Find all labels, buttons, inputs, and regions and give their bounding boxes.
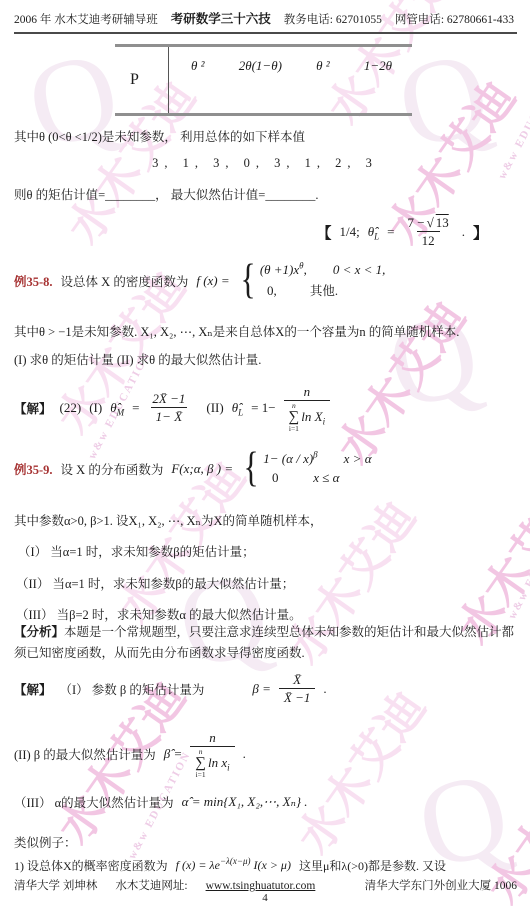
row-label-p: P <box>130 71 139 89</box>
case2-condition: x ≤ α <box>313 470 339 486</box>
footer-site-link[interactable]: www.tsinghuatutor.com <box>206 880 316 892</box>
analysis-line-2: 须已知密度函数，从而先由分布函数求导得密度函数. <box>14 643 305 661</box>
density-function-lhs: f (x) = <box>196 273 229 289</box>
case2-expression: 0 <box>263 470 287 486</box>
case1-expression: 1− (α / x)β <box>263 451 317 467</box>
example-35-9-solution-3: （III） α的最大似然估计量为 α̂ = min{X₁, X₂,⋯, Xₙ} … <box>14 793 308 811</box>
header-phone-academic: 教务电话: 62701055 <box>284 11 382 27</box>
similar-intro: 1) 设总体X的概率密度函数为 <box>14 857 168 874</box>
footer-author: 清华大学 刘坤林 <box>14 877 97 893</box>
page-number: 4 <box>0 892 530 904</box>
header-phone-admin: 网管电话: 62780661-433 <box>395 11 514 27</box>
page-footer: 清华大学 刘坤林 水木艾迪网址: www.tsinghuatutor.com 清… <box>14 877 517 893</box>
beta-hat-equals: β̂ = <box>164 746 183 762</box>
question-1: （I） 当α=1 时，求未知参数β的矩估计量； <box>18 542 255 560</box>
summation-icon: n ∑ i=1 <box>289 402 300 432</box>
answer-fraction: 7 −√13 12 <box>403 215 454 250</box>
footer-address: 清华大学东门外创业大厦 1006 <box>365 877 517 893</box>
watermark-q-logo-icon: Q <box>17 31 130 168</box>
table-cell: 2θ(1−θ) <box>239 58 282 113</box>
example-35-8-label: 例35-8. <box>14 272 53 290</box>
numerator-left: 7 − <box>408 215 425 231</box>
summation-icon: n ∑ i=1 <box>195 748 206 778</box>
example-35-8-params-line: 其中θ > −1是未知参数. X₁, X₂, ⋯, Xₙ是来自总体X的一个容量为… <box>14 322 459 340</box>
watermark-brand-text: 水木艾迪 <box>330 294 473 471</box>
part-2-label: (II) <box>206 400 223 416</box>
answer-moment-value: 1/4; <box>340 224 360 240</box>
example-35-9-solution-2: (II) β 的最大似然估计量为 β̂ = n n ∑ i=1 ln xi . <box>14 730 246 778</box>
answer-close-bracket: 】 <box>473 222 488 243</box>
example-35-9-label: 例35-9. <box>14 460 53 478</box>
solution-3-text: （III） α的最大似然估计量为 <box>14 793 174 811</box>
example-35-8-intro: 设总体 X 的密度函数为 <box>61 272 189 290</box>
theta-hat-M: θ̂M <box>110 400 124 416</box>
table-row-label: P <box>115 47 169 113</box>
log-term: ln xi <box>208 755 230 771</box>
cdf-lhs: F(x;α, β ) = <box>171 461 233 477</box>
part-1-label: (I) <box>89 400 102 416</box>
sample-values-line: 3, 1, 3, 0, 3, 1, 2, 3 <box>0 156 530 171</box>
radical-icon: √ <box>427 215 434 231</box>
similar-examples-heading: 类似例子： <box>14 833 77 851</box>
table-cell: θ ² <box>316 58 330 113</box>
fill-blank-line: 则θ 的矩估计值=________， 最大似然估计值=________. <box>14 185 318 203</box>
analysis-tag: 【分析】 <box>14 625 64 639</box>
beta-equals: β = <box>252 681 271 697</box>
left-brace-icon: { <box>240 262 255 300</box>
exp-density-formula: f (x) = λe−λ(x−μ)I(x > μ) <box>176 858 291 873</box>
case1-expression: (θ +1)xθ, <box>260 262 307 278</box>
answer-open-bracket: 【 <box>317 222 332 243</box>
page-header: 2006 年 水木艾迪考研辅导班 考研数学三十六技 教务电话: 62701055… <box>14 9 517 27</box>
piecewise-cdf: { 1− (α / x)β x > α 0 x ≤ α <box>241 450 371 488</box>
beta-moment-fraction: X̄ X̄ −1 <box>279 672 315 707</box>
watermark-edu-text: w&w EDUCATION <box>507 510 530 621</box>
solution-2-text: (II) β 的最大似然估计量为 <box>14 745 156 763</box>
example-35-8-solution: 【解】 (22) (I) θ̂M = 2X̄ −1 1− X̄ (II) θ̂L… <box>14 384 330 432</box>
example-35-8-statement: 例35-8. 设总体 X 的密度函数为 f (x) = { (θ +1)xθ, … <box>14 262 385 300</box>
equals-sign: = <box>132 400 139 416</box>
example-35-9-statement: 例35-9. 设 X 的分布函数为 F(x;α, β ) = { 1− (α /… <box>14 450 372 488</box>
piecewise-density: { (θ +1)xθ, 0 < x < 1, 0, 其他. <box>238 262 386 300</box>
equals-sign: = <box>387 224 394 240</box>
denominator: 12 <box>422 233 435 249</box>
radicand: 13 <box>436 215 449 231</box>
theta-hat-L: θ̂L <box>368 224 379 240</box>
problem-condition-line: 其中θ (0<θ <1/2)是未知参数， 利用总体的如下样本值 <box>14 127 305 145</box>
footer-site-label: 水木艾迪网址: <box>115 877 187 893</box>
solution-tag: 【解】 <box>14 399 52 417</box>
example-35-8-questions-line: (I) 求θ 的矩估计量 (II) 求θ 的最大似然估计量. <box>14 350 261 368</box>
header-course-year: 2006 年 水木艾迪考研辅导班 <box>14 11 158 27</box>
watermark-brand-text: 水木艾迪 <box>290 684 433 861</box>
case1-condition: x > α <box>344 451 372 467</box>
case1-condition: 0 < x < 1, <box>333 262 386 278</box>
header-divider <box>14 32 517 34</box>
table-values-row: θ ² 2θ(1−θ) θ ² 1−2θ <box>169 47 412 113</box>
left-brace-icon: { <box>244 450 259 488</box>
mle-fraction: n n ∑ i=1 ln Xi <box>284 384 331 432</box>
question-2: （II） 当α=1 时，求未知参数β的最大似然估计量； <box>16 574 294 592</box>
example-35-9-params-line: 其中参数α>0, β>1. 设X₁, X₂, ⋯, Xₙ为X的简单随机样本， <box>14 511 323 529</box>
alpha-mle-expression: α̂ = min{X₁, X₂,⋯, Xₙ} . <box>182 794 308 810</box>
equals-one-minus: = 1− <box>251 400 275 416</box>
document-page: Q Q Q Q Q 水木艾迪 水木艾迪 水木艾迪 水木艾迪 水木艾迪 水木艾迪 … <box>0 0 530 908</box>
theta-hat-L: θ̂L <box>232 400 243 416</box>
example-35-9-intro: 设 X 的分布函数为 <box>61 460 164 478</box>
moment-estimator-fraction: 2X̄ −1 1− X̄ <box>147 391 190 426</box>
table-cell: θ ² <box>191 58 205 113</box>
question-3: （III） 当β=2 时，求未知参数α 的最大似然估计量。 <box>16 605 302 623</box>
solution-tag: 【解】 <box>14 680 52 698</box>
header-course-title: 考研数学三十六技 <box>171 9 271 27</box>
similar-params-note: 这里μ和λ(>0)都是参数. 又设 <box>299 857 446 874</box>
log-term: ln Xi <box>301 409 325 425</box>
beta-mle-fraction: n n ∑ i=1 ln xi <box>190 730 234 778</box>
watermark-q-logo-icon: Q <box>377 291 490 428</box>
table-cell: 1−2θ <box>364 58 392 113</box>
solution-number: (22) <box>60 400 82 416</box>
probability-table: P θ ² 2θ(1−θ) θ ² 1−2θ <box>115 44 412 116</box>
similar-example-1: 1) 设总体X的概率密度函数为 f (x) = λe−λ(x−μ)I(x > μ… <box>14 857 446 874</box>
analysis-line-1: 【分析】本题是一个常规题型，只要注意求连续型总体未知参数的矩估计和最大似然估计都 <box>14 622 514 640</box>
case2-expression: 0, <box>260 283 284 299</box>
period: . <box>323 681 326 697</box>
case2-condition: 其他. <box>310 281 338 299</box>
solution-1-text: （I） 参数 β 的矩估计量为 <box>60 680 205 698</box>
period: . <box>462 224 465 240</box>
answer-line: 【 1/4; θ̂L = 7 −√13 12 . 】 <box>317 215 489 250</box>
period: . <box>243 746 246 762</box>
example-35-9-solution-1: 【解】 （I） 参数 β 的矩估计量为 β = X̄ X̄ −1 . <box>14 672 327 707</box>
